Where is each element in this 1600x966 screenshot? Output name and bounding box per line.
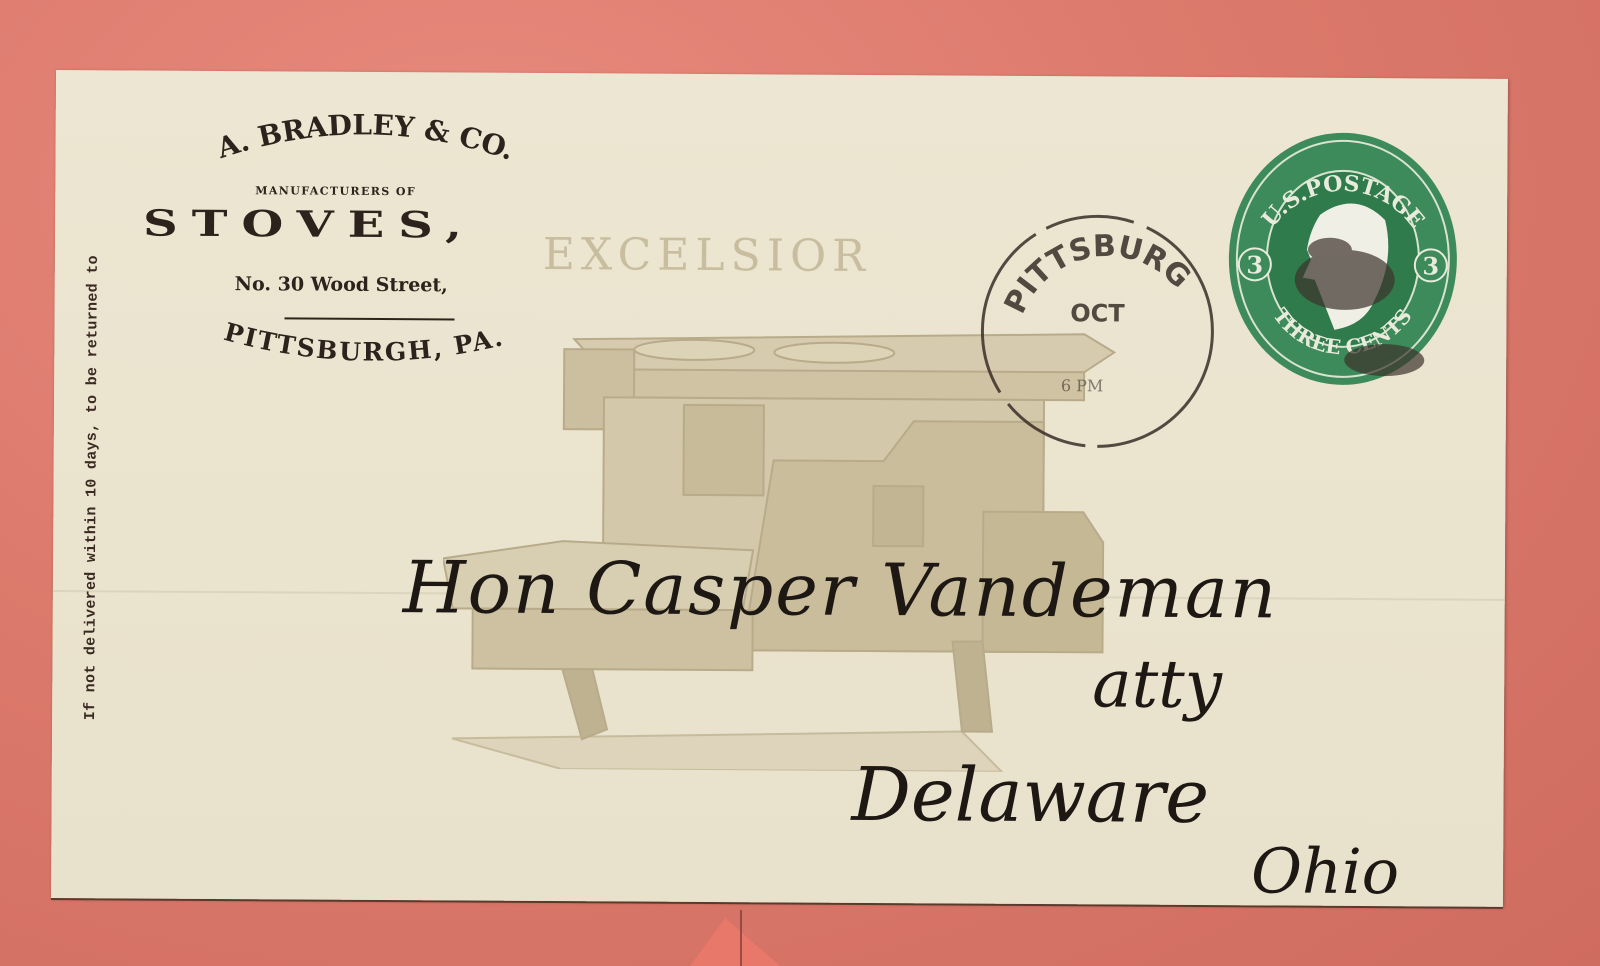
manufacturers-label: MANUFACTURERS OF: [255, 184, 416, 198]
handwritten-address: Hon Casper Vandeman atty Delaware Ohio: [371, 472, 1454, 909]
excelsior-caption: EXCELSIOR: [543, 229, 872, 282]
postmark-cancel: PITTSBURG OCT 6 PM: [972, 206, 1224, 458]
postmark-time: 6 PM: [1061, 376, 1104, 395]
stamp-denomination-left: 3: [1246, 250, 1263, 279]
addressee-title: atty: [1092, 645, 1223, 723]
background-seam: [740, 910, 742, 966]
company-name: A. BRADLEY & CO.: [212, 107, 519, 167]
addressee-state: Ohio: [1251, 834, 1399, 908]
postage-stamp-indicium: U.S.POSTAGE THREE CENTS 3 3: [1224, 129, 1462, 388]
return-instruction: If not delivered within 10 days, to be r…: [82, 255, 102, 720]
envelope: If not delivered within 10 days, to be r…: [51, 70, 1508, 907]
street-address: No. 30 Wood Street,: [235, 273, 448, 296]
addressee-city: Delaware: [849, 752, 1209, 840]
product-heading: STOVES,: [143, 203, 476, 247]
postmark-month: OCT: [1070, 299, 1125, 327]
background-paper-flap: [690, 918, 780, 966]
addressee-name: Hon Casper Vandeman: [401, 545, 1279, 634]
stamp-denomination-right: 3: [1422, 251, 1439, 280]
